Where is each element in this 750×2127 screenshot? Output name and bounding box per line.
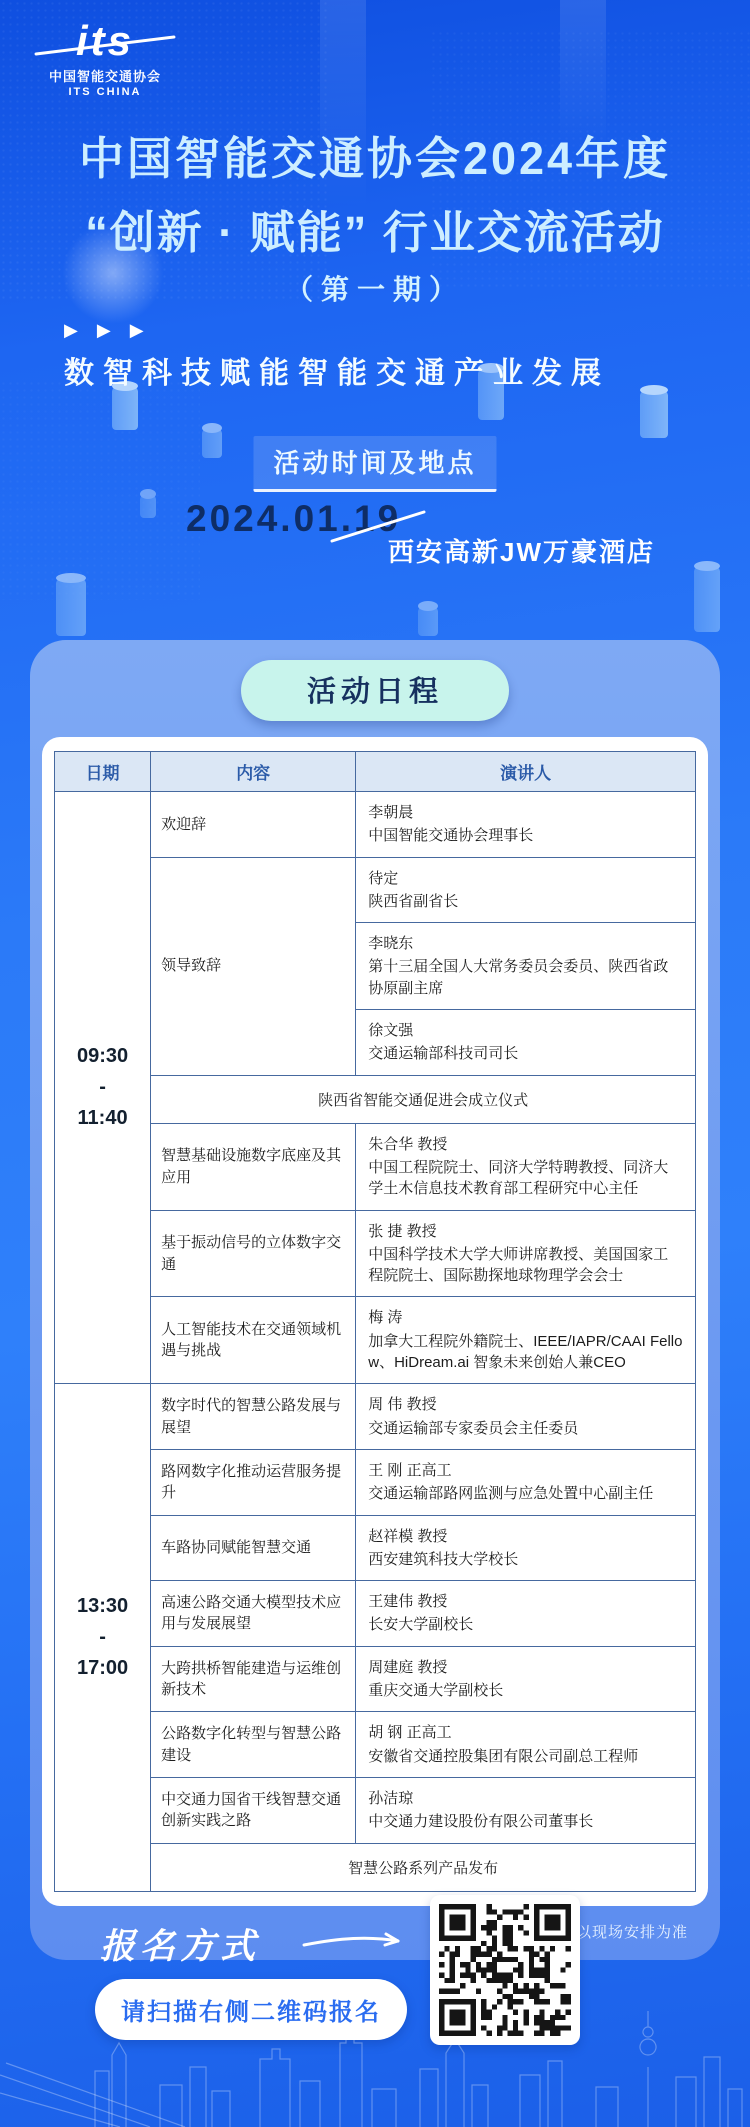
poster-title-line1: 中国智能交通协会2024年度 xyxy=(0,122,750,187)
speaker-cell: 待定 陕西省副省长 xyxy=(356,857,696,923)
speaker-affiliation: 第十三届全国人大常务委员会委员、陕西省政协原副主席 xyxy=(368,956,683,999)
schedule-row: 陕西省智能交通促进会成立仪式 xyxy=(55,1075,696,1123)
triple-arrow-icon: ▶ ▶ ▶ xyxy=(64,320,151,341)
speaker-cell: 张 捷 教授 中国科学技术大学大师讲席教授、美国国家工程院院士、国际勘探地球物理… xyxy=(356,1210,696,1297)
content-cell: 路网数字化推动运营服务提升 xyxy=(151,1449,356,1515)
time-start: 09:30 xyxy=(77,1045,128,1067)
schedule-row: 领导致辞 待定 陕西省副省长 xyxy=(55,857,696,923)
speaker-name: 徐文强 xyxy=(368,1020,683,1041)
decor-cylinder xyxy=(418,606,438,636)
event-time-place-label: 活动时间及地点 xyxy=(253,436,496,492)
content-cell: 中交通力国省干线智慧交通创新实践之路 xyxy=(151,1777,356,1843)
time-end: 11:40 xyxy=(78,1107,128,1129)
speaker-cell: 朱合华 教授 中国工程院院士、同济大学特聘教授、同济大学土木信息技术教育部工程研… xyxy=(356,1123,696,1210)
poster-title-line3: （第一期） xyxy=(0,268,750,308)
schedule-header-row: 日期 内容 演讲人 xyxy=(55,752,696,792)
speaker-cell: 王建伟 教授 长安大学副校长 xyxy=(356,1581,696,1647)
schedule-row: 人工智能技术在交通领域机遇与挑战 梅 涛 加拿大工程院外籍院士、IEEE/IAP… xyxy=(55,1297,696,1384)
schedule-row: 智慧公路系列产品发布 xyxy=(55,1843,696,1891)
speaker-cell: 徐文强 交通运输部科技司司长 xyxy=(356,1010,696,1076)
schedule-row: 中交通力国省干线智慧交通创新实践之路 孙洁琼 中交通力建设股份有限公司董事长 xyxy=(55,1777,696,1843)
speaker-cell: 赵祥模 教授 西安建筑科技大学校长 xyxy=(356,1515,696,1581)
content-cell: 大跨拱桥智能建造与运维创新技术 xyxy=(151,1646,356,1712)
schedule-table: 日期 内容 演讲人 09:30 - 11:40 欢迎辞 李朝晨 中国智能交通协会… xyxy=(54,751,696,1892)
content-cell: 基于振动信号的立体数字交通 xyxy=(151,1210,356,1297)
speaker-affiliation: 陕西省副省长 xyxy=(368,891,683,912)
decor-cylinder xyxy=(56,578,86,636)
its-logo-script: its xyxy=(40,20,170,62)
schedule-card: 日期 内容 演讲人 09:30 - 11:40 欢迎辞 李朝晨 中国智能交通协会… xyxy=(42,737,708,1906)
speaker-affiliation: 交通运输部科技司司长 xyxy=(368,1043,683,1064)
merged-event-cell: 智慧公路系列产品发布 xyxy=(151,1843,696,1891)
decor-cylinder xyxy=(694,566,720,632)
speaker-name: 李朝晨 xyxy=(368,802,683,823)
speaker-name: 梅 涛 xyxy=(368,1307,683,1328)
content-cell: 欢迎辞 xyxy=(151,792,356,858)
speaker-name: 待定 xyxy=(368,868,683,889)
schedule-row: 基于振动信号的立体数字交通 张 捷 教授 中国科学技术大学大师讲席教授、美国国家… xyxy=(55,1210,696,1297)
schedule-row: 车路协同赋能智慧交通 赵祥模 教授 西安建筑科技大学校长 xyxy=(55,1515,696,1581)
speaker-affiliation: 安徽省交通控股集团有限公司副总工程师 xyxy=(368,1746,683,1767)
time-end: 17:00 xyxy=(77,1657,128,1679)
schedule-row: 智慧基础设施数字底座及其应用 朱合华 教授 中国工程院院士、同济大学特聘教授、同… xyxy=(55,1123,696,1210)
time-start: 13:30 xyxy=(77,1595,128,1617)
schedule-row: 公路数字化转型与智慧公路建设 胡 钢 正高工 安徽省交通控股集团有限公司副总工程… xyxy=(55,1712,696,1778)
speaker-affiliation: 加拿大工程院外籍院士、IEEE/IAPR/CAAI Fellow、HiDream… xyxy=(368,1331,683,1374)
speaker-name: 周 伟 教授 xyxy=(368,1394,683,1415)
speaker-name: 朱合华 教授 xyxy=(368,1134,683,1155)
speaker-cell: 孙洁琼 中交通力建设股份有限公司董事长 xyxy=(356,1777,696,1843)
decor-cylinder xyxy=(640,390,668,438)
speaker-name: 周建庭 教授 xyxy=(368,1657,683,1678)
schedule-row: 高速公路交通大模型技术应用与发展展望 王建伟 教授 长安大学副校长 xyxy=(55,1581,696,1647)
col-header-date: 日期 xyxy=(55,752,151,792)
arrow-right-icon xyxy=(300,1923,410,1962)
content-cell: 车路协同赋能智慧交通 xyxy=(151,1515,356,1581)
decor-cylinder xyxy=(140,494,156,518)
decor-cylinder xyxy=(112,386,138,430)
col-header-content: 内容 xyxy=(151,752,356,792)
content-cell: 领导致辞 xyxy=(151,857,356,1075)
time-separator: - xyxy=(99,1076,106,1098)
speaker-affiliation: 中国科学技术大学大师讲席教授、美国国家工程院院士、国际勘探地球物理学会会士 xyxy=(368,1244,683,1287)
speaker-affiliation: 中国工程院院士、同济大学特聘教授、同济大学土木信息技术教育部工程研究中心主任 xyxy=(368,1157,683,1200)
speaker-name: 王建伟 教授 xyxy=(368,1591,683,1612)
schedule-row: 大跨拱桥智能建造与运维创新技术 周建庭 教授 重庆交通大学副校长 xyxy=(55,1646,696,1712)
poster-title-line2: “创新 · 赋能” 行业交流活动 xyxy=(0,196,750,261)
speaker-name: 胡 钢 正高工 xyxy=(368,1722,683,1743)
content-cell: 高速公路交通大模型技术应用与发展展望 xyxy=(151,1581,356,1647)
qr-code xyxy=(430,1895,580,2045)
its-logo: its 中国智能交通协会 ITS CHINA xyxy=(40,20,170,98)
speaker-affiliation: 交通运输部路网监测与应急处置中心副主任 xyxy=(368,1483,683,1504)
schedule-row: 09:30 - 11:40 欢迎辞 李朝晨 中国智能交通协会理事长 xyxy=(55,792,696,858)
scan-instruction-pill: 请扫描右侧二维码报名 xyxy=(95,1979,407,2040)
poster-page: its 中国智能交通协会 ITS CHINA 中国智能交通协会2024年度 “创… xyxy=(0,0,750,2127)
speaker-name: 张 捷 教授 xyxy=(368,1221,683,1242)
content-cell: 人工智能技术在交通领域机遇与挑战 xyxy=(151,1297,356,1384)
speaker-name: 王 刚 正高工 xyxy=(368,1460,683,1481)
halftone-texture xyxy=(0,380,200,600)
speaker-cell: 胡 钢 正高工 安徽省交通控股集团有限公司副总工程师 xyxy=(356,1712,696,1778)
schedule-panel: 活动日程 日期 内容 演讲人 09:30 - 11:40 欢迎辞 xyxy=(30,640,720,1960)
speaker-cell: 李晓东 第十三届全国人大常务委员会委员、陕西省政协原副主席 xyxy=(356,923,696,1010)
speaker-cell: 梅 涛 加拿大工程院外籍院士、IEEE/IAPR/CAAI Fellow、HiD… xyxy=(356,1297,696,1384)
event-venue: 西安高新JW万豪酒店 xyxy=(388,532,655,569)
merged-event-cell: 陕西省智能交通促进会成立仪式 xyxy=(151,1075,696,1123)
registration-label: 报名方式 xyxy=(100,1919,260,1969)
speaker-affiliation: 中国智能交通协会理事长 xyxy=(368,825,683,846)
schedule-row: 13:30 - 17:00 数字时代的智慧公路发展与展望 周 伟 教授 交通运输… xyxy=(55,1384,696,1450)
speaker-affiliation: 中交通力建设股份有限公司董事长 xyxy=(368,1811,683,1832)
col-header-speaker: 演讲人 xyxy=(356,752,696,792)
speaker-name: 孙洁琼 xyxy=(368,1788,683,1809)
session1-time-cell: 09:30 - 11:40 xyxy=(55,792,151,1384)
session2-time-cell: 13:30 - 17:00 xyxy=(55,1384,151,1891)
speaker-affiliation: 长安大学副校长 xyxy=(368,1614,683,1635)
its-logo-org-en: ITS CHINA xyxy=(40,86,170,98)
schedule-badge: 活动日程 xyxy=(241,660,509,721)
time-separator: - xyxy=(99,1626,106,1648)
speaker-name: 李晓东 xyxy=(368,933,683,954)
content-cell: 数字时代的智慧公路发展与展望 xyxy=(151,1384,356,1450)
schedule-row: 路网数字化推动运营服务提升 王 刚 正高工 交通运输部路网监测与应急处置中心副主… xyxy=(55,1449,696,1515)
speaker-cell: 王 刚 正高工 交通运输部路网监测与应急处置中心副主任 xyxy=(356,1449,696,1515)
registration-section: 报名方式 请扫描右侧二维码报名 xyxy=(0,1893,750,2073)
speaker-cell: 李朝晨 中国智能交通协会理事长 xyxy=(356,792,696,858)
its-logo-org-cn: 中国智能交通协会 xyxy=(40,66,170,85)
content-cell: 智慧基础设施数字底座及其应用 xyxy=(151,1123,356,1210)
speaker-cell: 周建庭 教授 重庆交通大学副校长 xyxy=(356,1646,696,1712)
speaker-affiliation: 重庆交通大学副校长 xyxy=(368,1680,683,1701)
poster-subtitle: 数智科技赋能智能交通产业发展 xyxy=(64,348,724,392)
speaker-affiliation: 交通运输部专家委员会主任委员 xyxy=(368,1418,683,1439)
speaker-affiliation: 西安建筑科技大学校长 xyxy=(368,1549,683,1570)
speaker-name: 赵祥模 教授 xyxy=(368,1526,683,1547)
speaker-cell: 周 伟 教授 交通运输部专家委员会主任委员 xyxy=(356,1384,696,1450)
content-cell: 公路数字化转型与智慧公路建设 xyxy=(151,1712,356,1778)
decor-cylinder xyxy=(202,428,222,458)
